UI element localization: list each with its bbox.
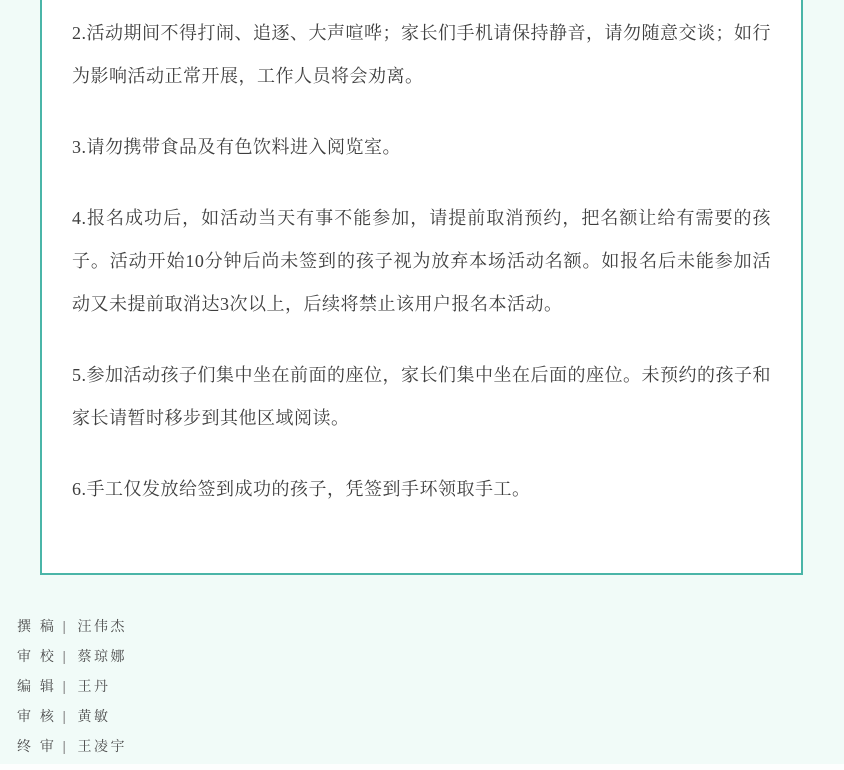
rule-paragraph-3: 3.请勿携带食品及有色饮料进入阅览室。: [72, 126, 771, 169]
credit-name: 王凌宇: [78, 736, 128, 756]
credit-separator: |: [62, 618, 68, 634]
activity-rules-box: 2.活动期间不得打闹、追逐、大声喧哗；家长们手机请保持静音，请勿随意交谈；如行为…: [40, 0, 803, 575]
credit-role: 终 审: [17, 736, 56, 756]
credit-line: 编 辑|王丹: [17, 671, 844, 701]
article-credits: 撰 稿|汪伟杰审 校|蔡琼娜编 辑|王丹审 核|黄敏终 审|王凌宇: [17, 611, 844, 761]
credit-line: 审 校|蔡琼娜: [17, 641, 844, 671]
credit-name: 黄敏: [78, 706, 111, 726]
credit-name: 蔡琼娜: [78, 646, 128, 666]
credit-separator: |: [62, 738, 68, 754]
credit-role: 审 核: [17, 706, 56, 726]
rule-paragraph-6: 6.手工仅发放给签到成功的孩子，凭签到手环领取手工。: [72, 468, 771, 511]
credit-line: 撰 稿|汪伟杰: [17, 611, 844, 641]
credit-line: 终 审|王凌宇: [17, 731, 844, 761]
credit-role: 编 辑: [17, 676, 56, 696]
credit-role: 审 校: [17, 646, 56, 666]
credit-separator: |: [62, 648, 68, 664]
credit-name: 汪伟杰: [78, 616, 128, 636]
credit-name: 王丹: [78, 676, 111, 696]
activity-rules-list: 2.活动期间不得打闹、追逐、大声喧哗；家长们手机请保持静音，请勿随意交谈；如行为…: [42, 0, 801, 531]
rule-paragraph-2: 2.活动期间不得打闹、追逐、大声喧哗；家长们手机请保持静音，请勿随意交谈；如行为…: [72, 12, 771, 98]
credit-line: 审 核|黄敏: [17, 701, 844, 731]
rule-paragraph-4: 4.报名成功后，如活动当天有事不能参加，请提前取消预约，把名额让给有需要的孩子。…: [72, 197, 771, 326]
bottom-strip: [0, 764, 844, 770]
credit-separator: |: [62, 678, 68, 694]
credit-role: 撰 稿: [17, 616, 56, 636]
credit-separator: |: [62, 708, 68, 724]
rule-paragraph-5: 5.参加活动孩子们集中坐在前面的座位，家长们集中坐在后面的座位。未预约的孩子和家…: [72, 354, 771, 440]
